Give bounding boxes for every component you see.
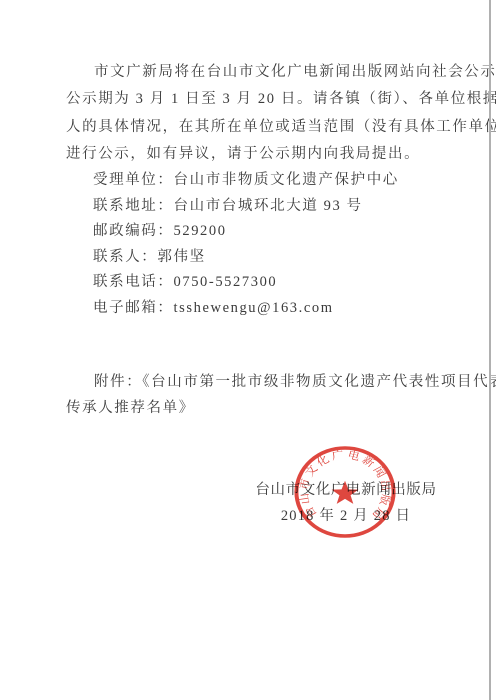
paragraph-line: 进行公示，如有异议，请于公示期内向我局提出。 <box>66 141 462 168</box>
attachment-line: 传承人推荐名单》 <box>66 395 462 421</box>
contact-line-person: 联系人：郭伟坚 <box>66 245 462 271</box>
contact-line-accepting-unit: 受理单位：台山市非物质文化遗产保护中心 <box>66 168 462 194</box>
contact-info-block: 受理单位：台山市非物质文化遗产保护中心 联系地址：台山市台城环北大道 93 号 … <box>66 168 462 322</box>
scanned-document-page: 市文广新局将在台山市文化广电新闻出版网站向社会公示， 公示期为 3 月 1 日至… <box>0 0 496 700</box>
scan-edge-line <box>489 0 491 700</box>
contact-line-address: 联系地址：台山市台城环北大道 93 号 <box>66 194 462 220</box>
attachment-line: 附件：《台山市第一批市级非物质文化遗产代表性项目代表性 <box>66 369 462 395</box>
signature-block: 台山市文化广电新闻出版局 2018 年 2 月 28 日 <box>228 477 464 529</box>
issuer-name: 台山市文化广电新闻出版局 <box>228 477 464 503</box>
body-paragraph: 市文广新局将在台山市文化广电新闻出版网站向社会公示， 公示期为 3 月 1 日至… <box>66 59 462 168</box>
contact-line-postcode: 邮政编码：529200 <box>66 219 462 245</box>
paragraph-line: 人的具体情况，在其所在单位或适当范围（没有具体工作单位的） <box>66 114 462 141</box>
attachment-block: 附件：《台山市第一批市级非物质文化遗产代表性项目代表性 传承人推荐名单》 <box>66 369 462 421</box>
issue-date: 2018 年 2 月 28 日 <box>228 503 464 529</box>
paragraph-line: 公示期为 3 月 1 日至 3 月 20 日。请各镇（街）、各单位根据传承 <box>66 86 462 113</box>
paragraph-line: 市文广新局将在台山市文化广电新闻出版网站向社会公示， <box>66 59 462 86</box>
contact-line-phone: 联系电话：0750-5527300 <box>66 270 462 296</box>
contact-line-email: 电子邮箱：tsshewengu@163.com <box>66 296 462 322</box>
